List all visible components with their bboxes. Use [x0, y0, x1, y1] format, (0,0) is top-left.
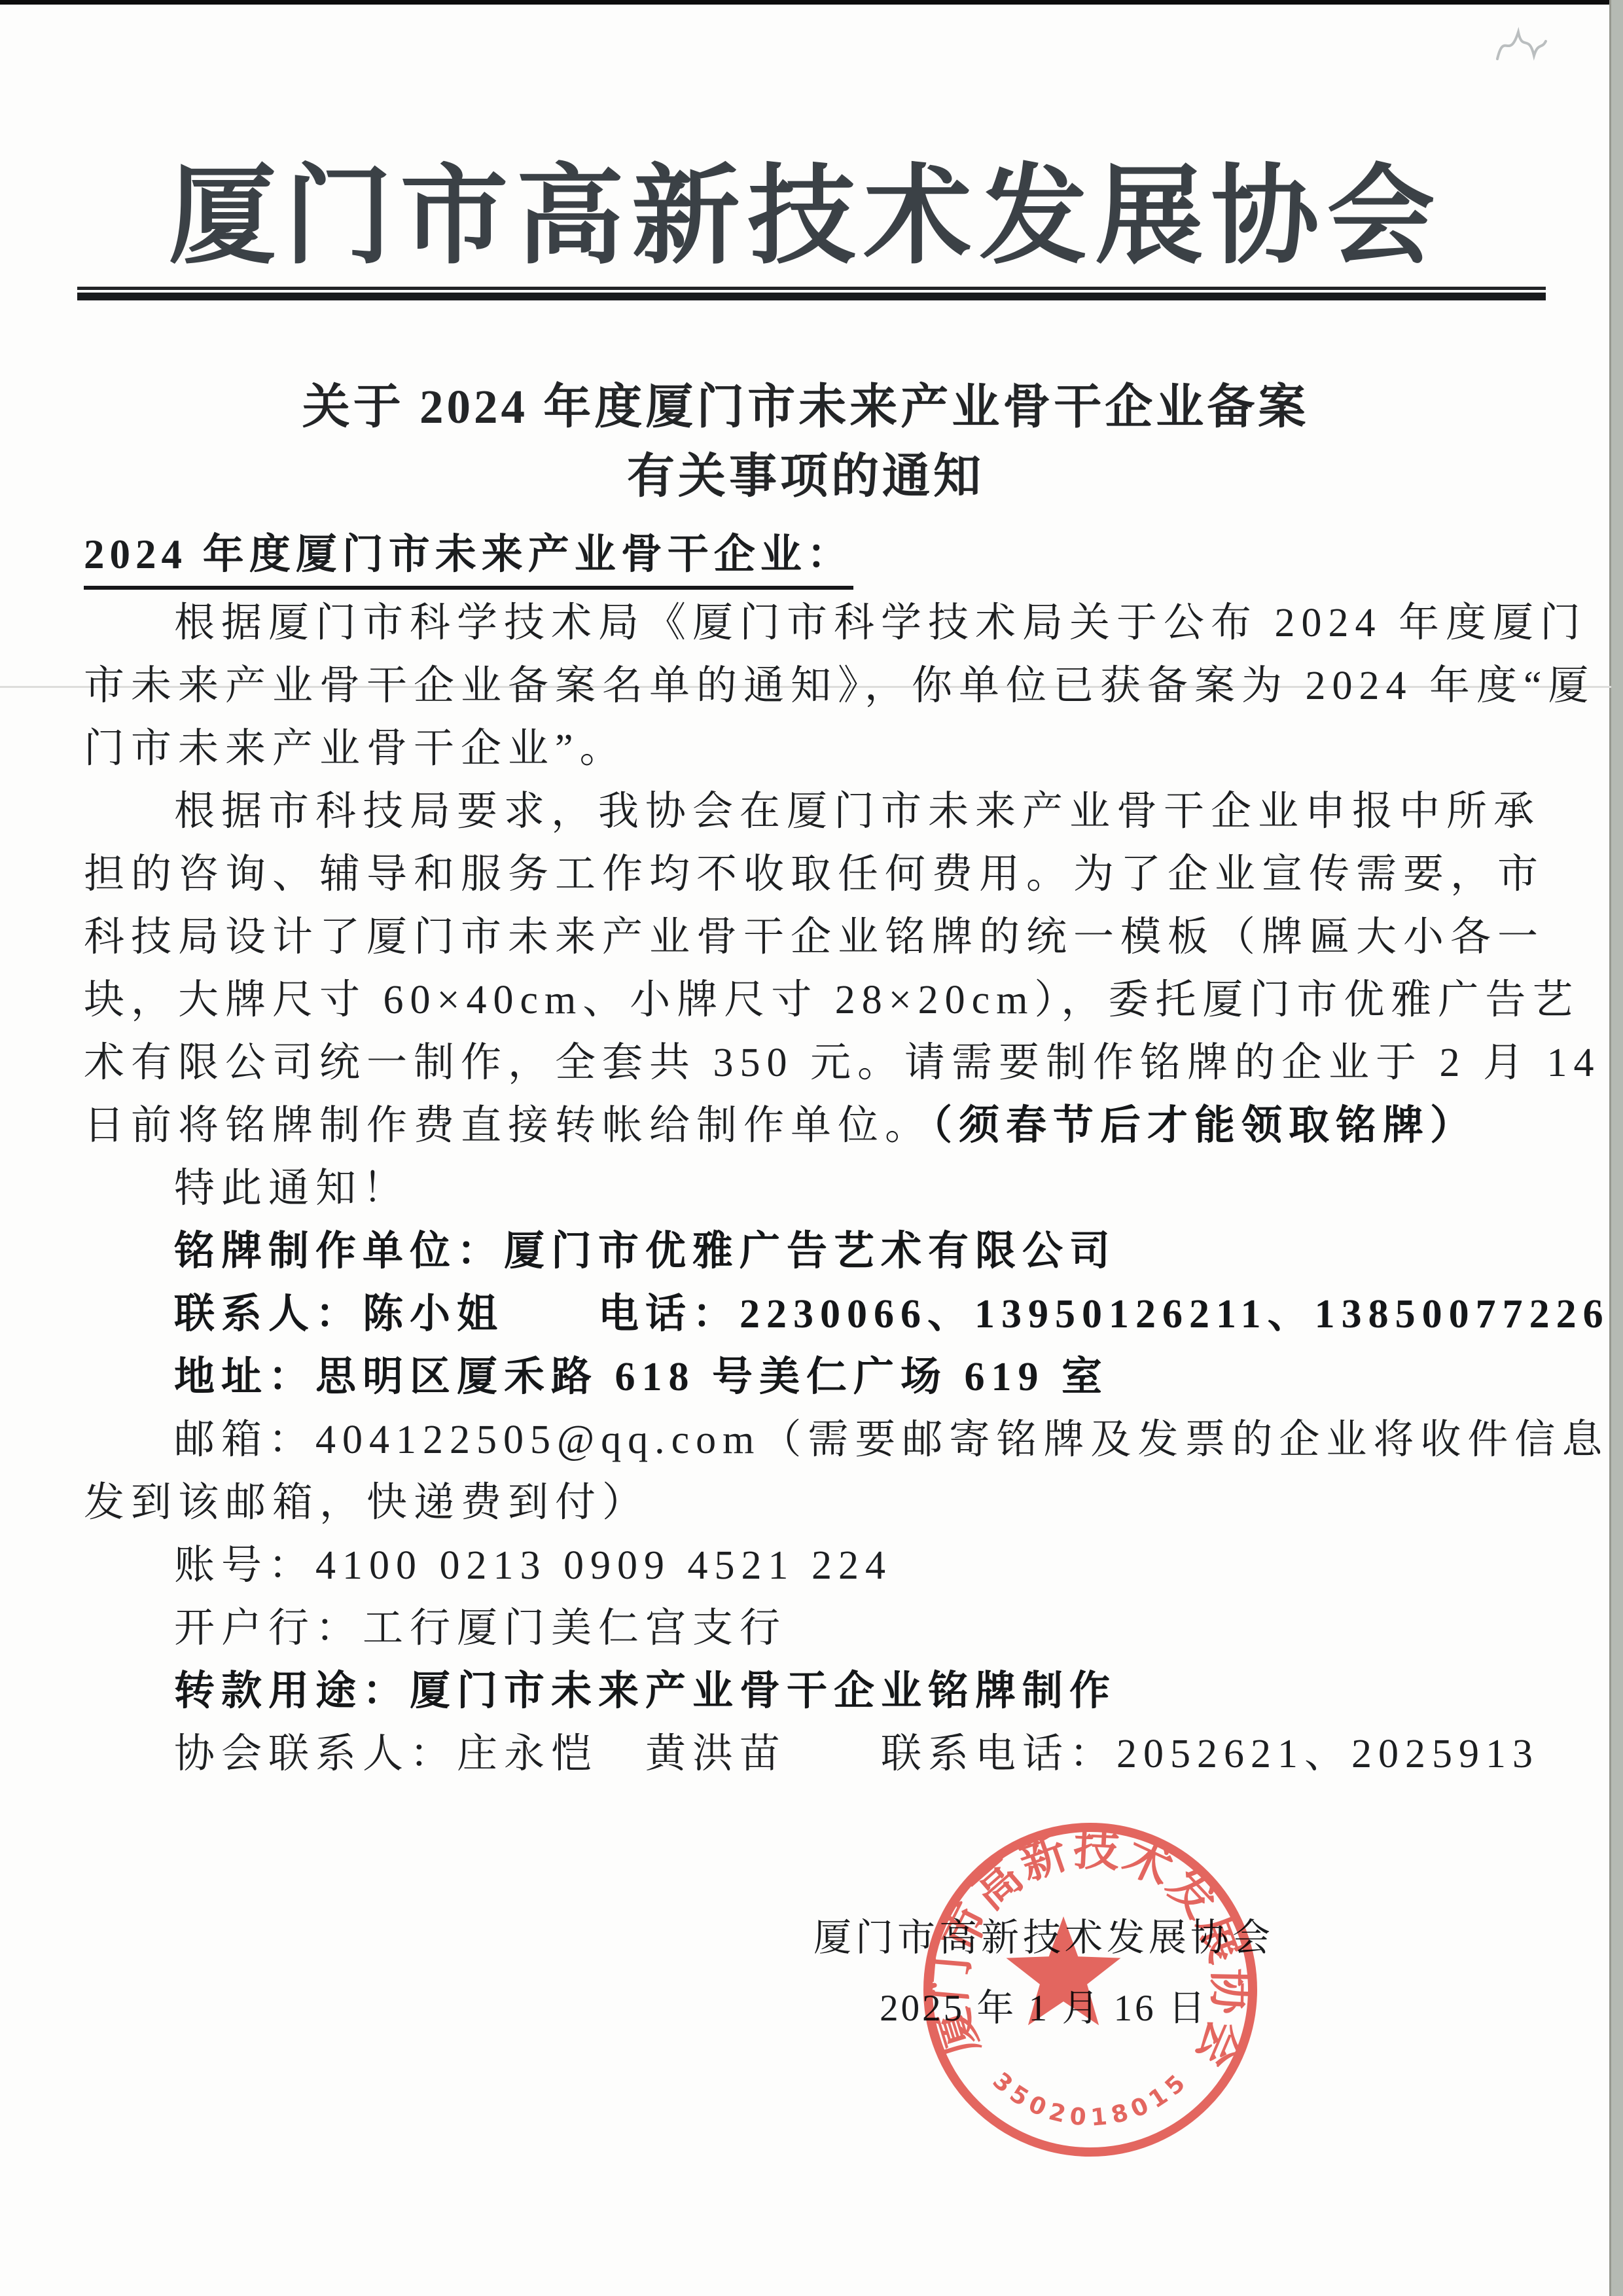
body-segment: 协会联系人：庄永恺 黄洪苗 联系电话：2052621、2025913	[174, 1732, 1539, 1776]
body-segment: 开户行：工行厦门美仁宫支行	[174, 1606, 787, 1651]
scan-edge-top	[0, 0, 1611, 5]
body-segment: 根据厦门市科学技术局《厦门市科学技术局关于公布 2024 年度厦门	[174, 601, 1587, 645]
body-segment-bold: 联系人：陈小姐 电话：2230066、13950126211、138500772…	[174, 1292, 1610, 1336]
body-line: 开户行：工行厦门美仁宫支行	[84, 1597, 1546, 1660]
official-seal: 厦门市高新技术发展协会 3502018015696	[910, 1806, 1276, 2173]
scanned-notice-page: 厦门市高新技术发展协会 关于 2024 年度厦门市未来产业骨干企业备案 有关事项…	[0, 0, 1623, 2296]
pencil-mark	[1492, 23, 1551, 69]
body-line: 铭牌制作单位：厦门市优雅广告艺术有限公司	[84, 1220, 1546, 1283]
body-line: 术有限公司统一制作，全套共 350 元。请需要制作铭牌的企业于 2 月 14	[84, 1031, 1546, 1094]
body-segment-bold: （须春节后才能领取铭牌）	[932, 1103, 1477, 1148]
body-line: 地址：思明区厦禾路 618 号美仁广场 619 室	[84, 1346, 1546, 1408]
body-line: 协会联系人：庄永恺 黄洪苗 联系电话：2052621、2025913	[84, 1723, 1546, 1785]
body-segment: 发到该邮箱，快递费到付）	[84, 1480, 649, 1525]
body-segment: 邮箱：404122505@qq.com（需要邮寄铭牌及发票的企业将收件信息	[174, 1418, 1609, 1462]
header-rule-thick	[77, 293, 1546, 300]
seal-arc-text: 厦门市高新技术发展协会	[924, 1824, 1255, 2076]
body-line: 门市未来产业骨干企业”。	[84, 717, 1546, 780]
body-line: 账号：4100 0213 0909 4521 224	[84, 1534, 1546, 1597]
body-segment-bold: 转款用途：厦门市未来产业骨干企业铭牌制作	[174, 1669, 1116, 1713]
body-line: 邮箱：404122505@qq.com（需要邮寄铭牌及发票的企业将收件信息	[84, 1408, 1546, 1471]
body-line: 联系人：陈小姐 电话：2230066、13950126211、138500772…	[84, 1283, 1546, 1346]
svg-text:厦门市高新技术发展协会: 厦门市高新技术发展协会	[924, 1824, 1255, 2076]
body-line: 发到该邮箱，快递费到付）	[84, 1471, 1546, 1534]
body-segment-bold: 地址：思明区厦禾路 618 号美仁广场 619 室	[174, 1355, 1109, 1399]
body-segment: 根据市科技局要求，我协会在厦门市未来产业骨干企业申报中所承	[174, 789, 1541, 834]
body-line: 特此通知！	[84, 1157, 1546, 1220]
body-segment-bold: 铭牌制作单位：厦门市优雅广告艺术有限公司	[174, 1229, 1116, 1274]
body-segment: 特此通知！	[174, 1166, 410, 1211]
scan-edge-right	[1609, 0, 1623, 2296]
salutation: 2024 年度厦门市未来产业骨干企业：	[84, 521, 853, 590]
body-line: 根据市科技局要求，我协会在厦门市未来产业骨干企业申报中所承	[84, 780, 1546, 843]
body-segment: 担的咨询、辅导和服务工作均不收取任何费用。为了企业宣传需要，市	[84, 852, 1544, 897]
body-segment: 市未来产业骨干企业备案名单的通知》，你单位已获备案为 2024 年度“厦	[84, 664, 1596, 708]
doc-title-line1: 关于 2024 年度厦门市未来产业骨干企业备案	[0, 368, 1611, 437]
body-segment: 块，大牌尺寸 60×40cm、小牌尺寸 28×20cm），委托厦门市优雅广告艺	[84, 978, 1579, 1022]
body-line: 转款用途：厦门市未来产业骨干企业铭牌制作	[84, 1660, 1546, 1723]
body-line: 担的咨询、辅导和服务工作均不收取任何费用。为了企业宣传需要，市	[84, 843, 1546, 906]
body-segment: 账号：4100 0213 0909 4521 224	[174, 1543, 892, 1588]
body-line: 日前将铭牌制作费直接转帐给制作单位。（须春节后才能领取铭牌）	[84, 1094, 1546, 1157]
body-segment: 门市未来产业骨干企业”。	[84, 726, 627, 771]
body-line: 科技局设计了厦门市未来产业骨干企业铭牌的统一模板（牌匾大小各一	[84, 906, 1546, 969]
body-line: 根据厦门市科学技术局《厦门市科学技术局关于公布 2024 年度厦门	[84, 592, 1546, 655]
body-line: 块，大牌尺寸 60×40cm、小牌尺寸 28×20cm），委托厦门市优雅广告艺	[84, 969, 1546, 1031]
org-header-title: 厦门市高新技术发展协会	[0, 130, 1611, 285]
body-segment: 术有限公司统一制作，全套共 350 元。请需要制作铭牌的企业于 2 月 14	[84, 1041, 1601, 1085]
seal-star	[1007, 1916, 1121, 2025]
header-rule-thin	[77, 287, 1546, 290]
body-segment: 科技局设计了厦门市未来产业骨干企业铭牌的统一模板（牌匾大小各一	[84, 915, 1544, 960]
body-text: 根据厦门市科学技术局《厦门市科学技术局关于公布 2024 年度厦门市未来产业骨干…	[84, 592, 1546, 1785]
doc-title-line2: 有关事项的通知	[0, 437, 1611, 506]
body-line: 市未来产业骨干企业备案名单的通知》，你单位已获备案为 2024 年度“厦	[84, 655, 1546, 717]
body-segment: 日前将铭牌制作费直接转帐给制作单位。	[84, 1103, 932, 1148]
